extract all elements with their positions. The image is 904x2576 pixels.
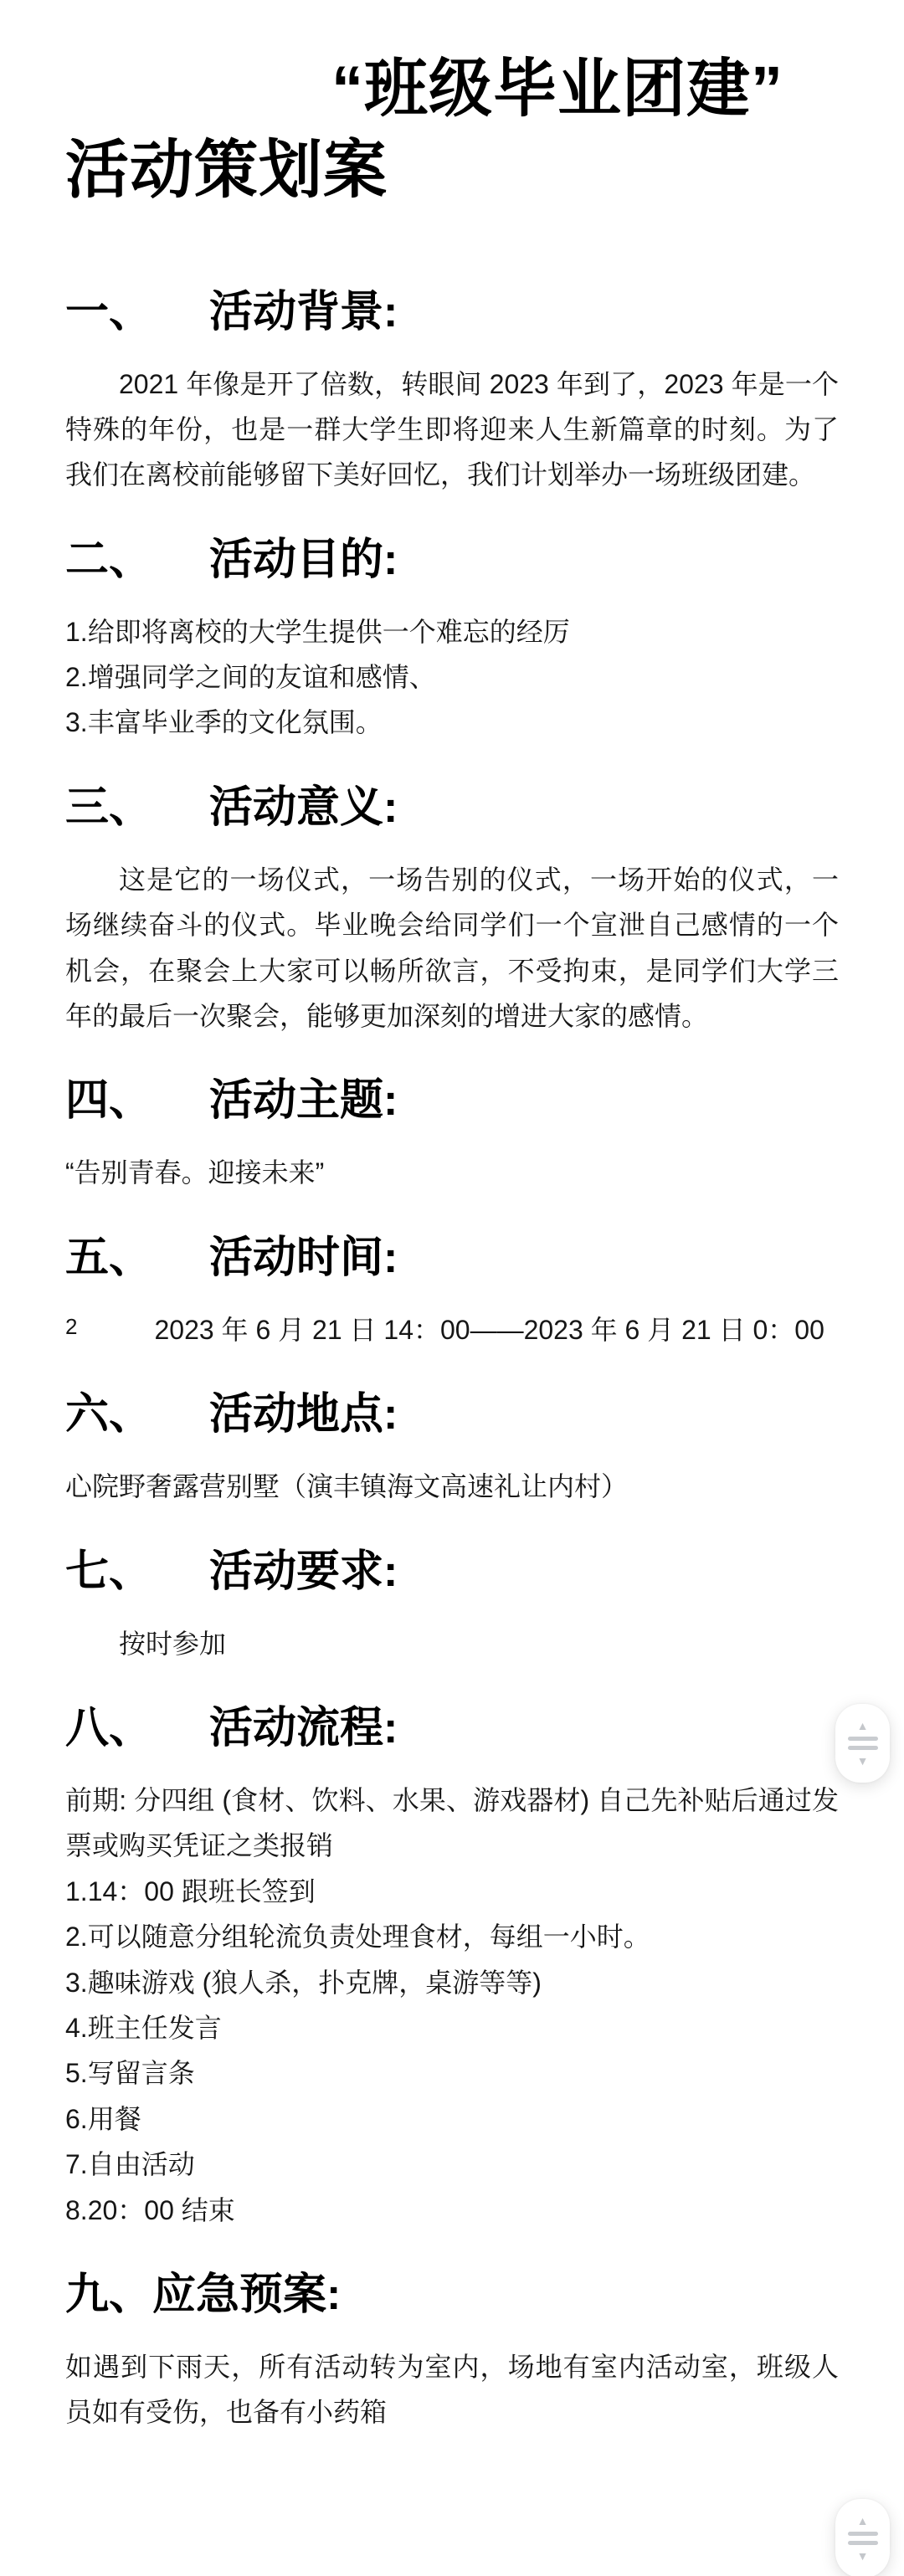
section-significance: 三、 活动意义: 这是它的一场仪式，一场告别的仪式，一场开始的仪式，一场继续奋斗… <box>65 781 839 1039</box>
section-heading-text: 活动主题: <box>209 1074 398 1128</box>
list-item: 2.可以随意分组轮流负责处理食材，每组一小时。 <box>65 1914 839 1959</box>
section-schedule: 八、 活动流程: 前期: 分四组 (食材、饮料、水果、游戏器材) 自己先补贴后通… <box>65 1701 839 2233</box>
section-time: 五、 活动时间: 22023 年 6 月 21 日 14：00——2023 年 … <box>65 1231 839 1352</box>
scroll-down-icon: ▼ <box>857 2550 869 2562</box>
section-body: 22023 年 6 月 21 日 14：00——2023 年 6 月 21 日 … <box>65 1307 839 1352</box>
section-body: 2021 年像是开了倍数，转眼间 2023 年到了，2023 年是一个特殊的年份… <box>65 362 839 498</box>
scroll-up-icon: ▲ <box>857 1720 869 1732</box>
list-item: 7.自由活动 <box>65 2142 839 2187</box>
theme-quote: “告别青春。迎接未来” <box>65 1150 839 1195</box>
section-heading-text: 活动目的: <box>209 533 398 588</box>
section-heading-text: 活动意义: <box>209 781 398 835</box>
time-prefix: 2 <box>65 1314 77 1339</box>
list-item: 2.增强同学之间的友谊和感情、 <box>65 654 839 700</box>
section-body: 心院野奢露营别墅（演丰镇海文高速礼让内村） <box>65 1464 839 1509</box>
section-heading: 五、 活动时间: <box>65 1231 839 1285</box>
section-heading: 二、 活动目的: <box>65 533 839 588</box>
section-body: 这是它的一场仪式，一场告别的仪式，一场开始的仪式，一场继续奋斗的仪式。毕业晚会给… <box>65 857 839 1039</box>
list-item: 4.班主任发言 <box>65 2005 839 2050</box>
section-emergency-plan: 九、 应急预案: 如遇到下雨天，所有活动转为室内，场地有室内活动室，班级人员如有… <box>65 2268 839 2435</box>
section-heading-text: 活动要求: <box>209 1545 398 1599</box>
section-heading: 四、 活动主题: <box>65 1074 839 1128</box>
document-content: “班级毕业团建” 活动策划案 一、 活动背景: 2021 年像是开了倍数，转眼间… <box>0 0 904 2435</box>
drag-handle-icon <box>848 2532 878 2536</box>
list-item: 1.给即将离校的大学生提供一个难忘的经厉 <box>65 609 839 654</box>
section-heading-text: 应急预案: <box>152 2268 341 2322</box>
scroll-down-icon: ▼ <box>857 1755 869 1767</box>
section-number: 三、 <box>65 781 209 835</box>
list-item: 前期: 分四组 (食材、饮料、水果、游戏器材) 自己先补贴后通过发票或购买凭证之… <box>65 1778 839 1869</box>
list-item: 3.趣味游戏 (狼人杀，扑克牌，桌游等等) <box>65 1960 839 2005</box>
section-heading: 六、 活动地点: <box>65 1388 839 1442</box>
scroll-handle[interactable]: ▲ ▼ <box>835 2499 890 2576</box>
drag-handle-icon <box>848 1737 878 1741</box>
time-value: 2023 年 6 月 21 日 14：00——2023 年 6 月 21 日 0… <box>154 1315 824 1345</box>
section-number: 七、 <box>65 1545 209 1599</box>
section-purpose: 二、 活动目的: 1.给即将离校的大学生提供一个难忘的经厉 2.增强同学之间的友… <box>65 533 839 746</box>
section-number: 一、 <box>65 285 209 340</box>
time-line: 22023 年 6 月 21 日 14：00——2023 年 6 月 21 日 … <box>65 1307 839 1352</box>
list-item: 8.20：00 结束 <box>65 2188 839 2233</box>
section-heading: 三、 活动意义: <box>65 781 839 835</box>
section-number: 五、 <box>65 1231 209 1285</box>
title-line-1: “班级毕业团建” <box>331 49 839 130</box>
section-number: 九、 <box>65 2268 152 2322</box>
section-heading-text: 活动时间: <box>209 1231 398 1285</box>
list-item: 6.用餐 <box>65 2096 839 2142</box>
section-heading: 一、 活动背景: <box>65 285 839 340</box>
list-item: 3.丰富毕业季的文化氛围。 <box>65 700 839 745</box>
scroll-up-icon: ▲ <box>857 2515 869 2527</box>
section-body: 按时参加 <box>65 1621 839 1666</box>
list-item: 5.写留言条 <box>65 2050 839 2096</box>
section-heading-text: 活动流程: <box>209 1701 398 1756</box>
section-theme: 四、 活动主题: “告别青春。迎接未来” <box>65 1074 839 1195</box>
body-paragraph: 如遇到下雨天，所有活动转为室内，场地有室内活动室，班级人员如有受伤，也备有小药箱 <box>65 2344 839 2435</box>
section-body: 前期: 分四组 (食材、饮料、水果、游戏器材) 自己先补贴后通过发票或购买凭证之… <box>65 1778 839 2233</box>
title-line-2: 活动策划案 <box>65 130 839 211</box>
section-background: 一、 活动背景: 2021 年像是开了倍数，转眼间 2023 年到了，2023 … <box>65 285 839 498</box>
section-body: “告别青春。迎接未来” <box>65 1150 839 1195</box>
scroll-handle[interactable]: ▲ ▼ <box>835 1704 890 1783</box>
section-heading: 九、 应急预案: <box>65 2268 839 2322</box>
document-title: “班级毕业团建” 活动策划案 <box>65 49 839 212</box>
section-heading-text: 活动地点: <box>209 1388 398 1442</box>
list-item: 1.14：00 跟班长签到 <box>65 1869 839 1914</box>
document-page: “班级毕业团建” 活动策划案 一、 活动背景: 2021 年像是开了倍数，转眼间… <box>0 0 904 2576</box>
section-number: 四、 <box>65 1074 209 1128</box>
section-number: 六、 <box>65 1388 209 1442</box>
drag-handle-icon <box>848 2541 878 2545</box>
drag-handle-icon <box>848 1746 878 1750</box>
section-location: 六、 活动地点: 心院野奢露营别墅（演丰镇海文高速礼让内村） <box>65 1388 839 1509</box>
body-paragraph: 2021 年像是开了倍数，转眼间 2023 年到了，2023 年是一个特殊的年份… <box>65 362 839 498</box>
body-paragraph: 这是它的一场仪式，一场告别的仪式，一场开始的仪式，一场继续奋斗的仪式。毕业晚会给… <box>65 857 839 1039</box>
section-requirements: 七、 活动要求: 按时参加 <box>65 1545 839 1666</box>
location-line: 心院野奢露营别墅（演丰镇海文高速礼让内村） <box>65 1464 839 1509</box>
section-heading-text: 活动背景: <box>209 285 398 340</box>
section-body: 1.给即将离校的大学生提供一个难忘的经厉 2.增强同学之间的友谊和感情、 3.丰… <box>65 609 839 746</box>
section-heading: 七、 活动要求: <box>65 1545 839 1599</box>
section-number: 二、 <box>65 533 209 588</box>
requirement-line: 按时参加 <box>65 1621 839 1666</box>
section-heading: 八、 活动流程: <box>65 1701 839 1756</box>
section-number: 八、 <box>65 1701 209 1756</box>
section-body: 如遇到下雨天，所有活动转为室内，场地有室内活动室，班级人员如有受伤，也备有小药箱 <box>65 2344 839 2435</box>
